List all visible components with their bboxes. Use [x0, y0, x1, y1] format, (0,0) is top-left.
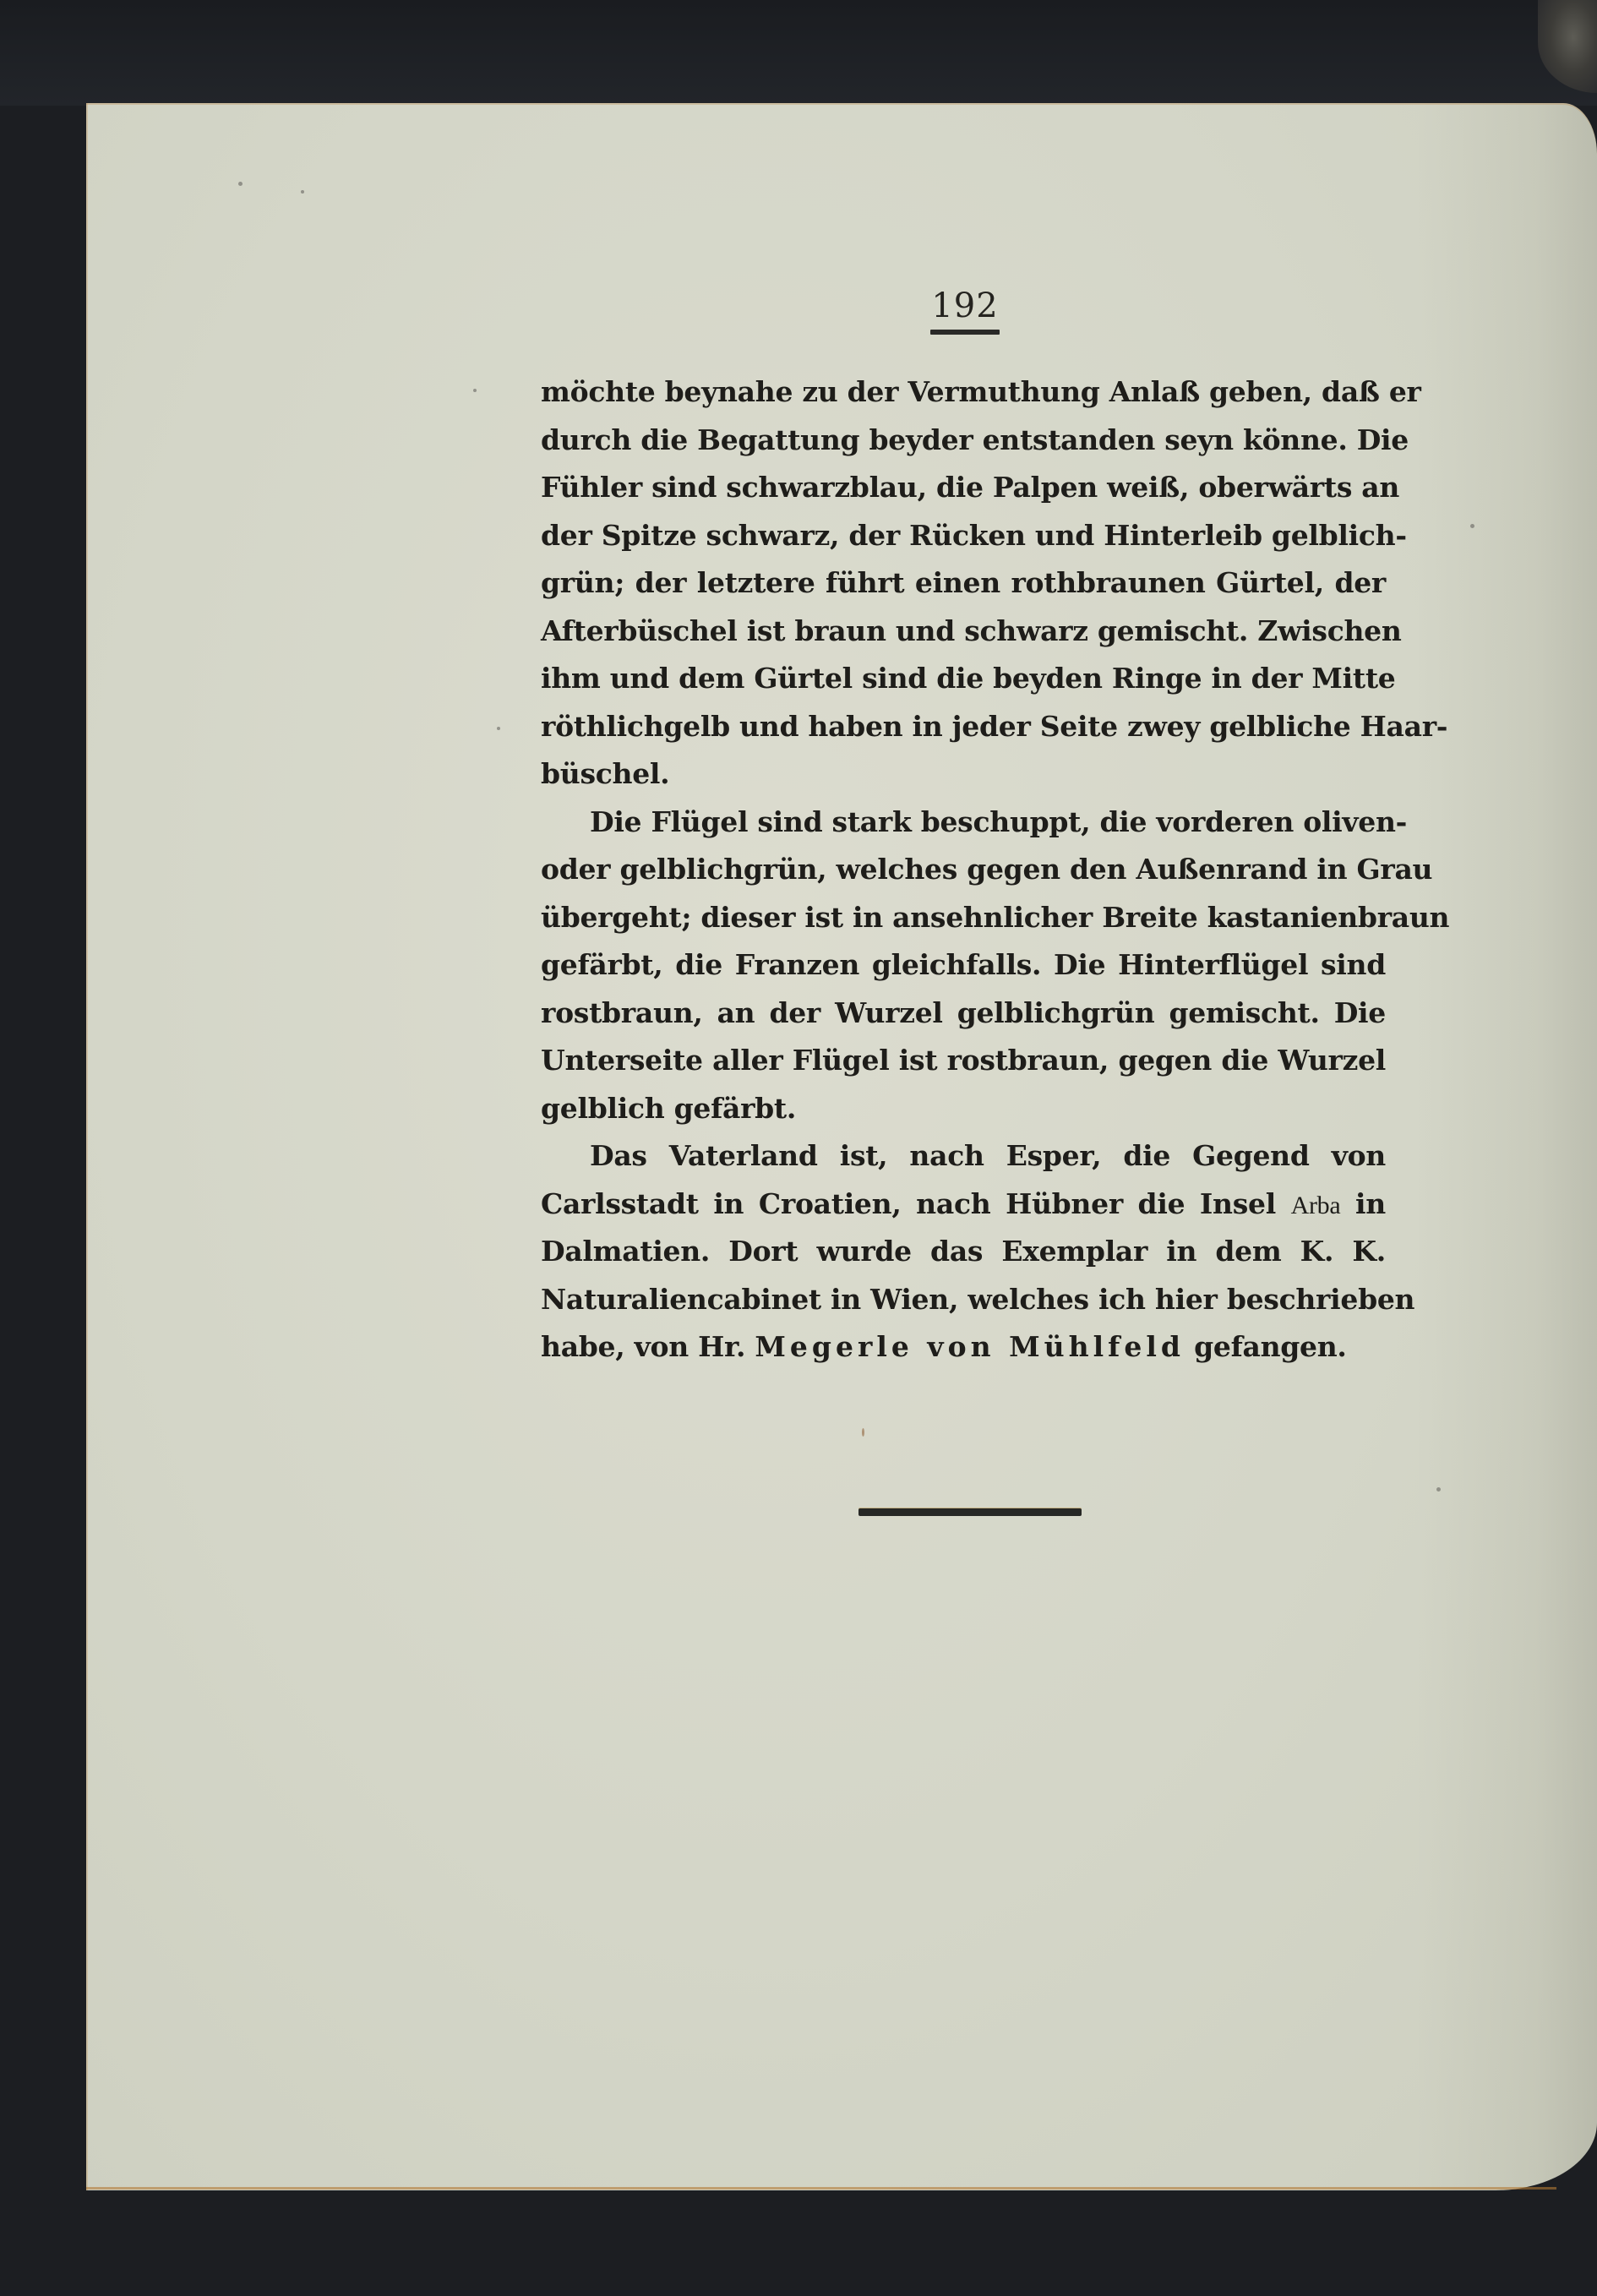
- header-rule: [930, 330, 1000, 335]
- page-header: 192: [897, 287, 1033, 335]
- paper-speck: [1470, 524, 1474, 528]
- text-line: Unterseite aller Flügel ist rostbraun, g…: [541, 1037, 1386, 1085]
- section-end-rule: [858, 1508, 1082, 1516]
- text-line: ihm und dem Gürtel sind die beyden Ringe…: [541, 655, 1386, 703]
- text-line: Carlsstadt in Croatien, nach Hübner die …: [541, 1181, 1386, 1229]
- paper-speck: [1436, 1487, 1441, 1492]
- text-line: oder gelblichgrün, welches gegen den Auß…: [541, 846, 1386, 894]
- paper-speck: [301, 190, 304, 194]
- text-run: gefangen.: [1185, 1330, 1347, 1363]
- paper-speck: [497, 727, 500, 730]
- paper-speck: [238, 182, 243, 186]
- text-line: röthlichgelb und haben in jeder Seite zw…: [541, 703, 1386, 751]
- paper-speck: [473, 389, 477, 392]
- page-number: 192: [897, 287, 1033, 324]
- scan-backdrop: [0, 0, 1597, 106]
- antiqua-place-name: Arba: [1291, 1192, 1341, 1219]
- text-line: Fühler sind schwarzblau, die Palpen weiß…: [541, 464, 1386, 512]
- text-run: in: [1340, 1187, 1386, 1220]
- page-edge: [86, 2187, 1556, 2190]
- text-line: Die Flügel sind stark beschuppt, die vor…: [541, 799, 1386, 847]
- text-line: Afterbüschel ist braun und schwarz gemis…: [541, 608, 1386, 656]
- text-line: Das Vaterland ist, nach Esper, die Gegen…: [541, 1132, 1386, 1181]
- text-line: Naturaliencabinet in Wien, welches ich h…: [541, 1276, 1386, 1324]
- text-line: Dalmatien. Dort wurde das Exemplar in de…: [541, 1228, 1386, 1276]
- text-line: gelblich gefärbt.: [541, 1085, 1386, 1133]
- text-line: rostbraun, an der Wurzel gelblichgrün ge…: [541, 990, 1386, 1038]
- text-line: büschel.: [541, 750, 1386, 799]
- paper-speck: [862, 1428, 864, 1437]
- text-line: durch die Begattung beyder entstanden se…: [541, 417, 1386, 465]
- text-run: habe, von Hr.: [541, 1330, 755, 1363]
- text-line: übergeht; dieser ist in ansehnlicher Bre…: [541, 894, 1386, 942]
- text-run: Carlsstadt in Croatien, nach Hübner die …: [541, 1187, 1291, 1220]
- spaced-person-name: Megerle von Mühlfeld: [755, 1330, 1185, 1363]
- text-line: möchte beynahe zu der Vermuthung Anlaß g…: [541, 368, 1386, 417]
- text-line: grün; der letztere führt einen rothbraun…: [541, 559, 1386, 608]
- text-line: habe, von Hr. Megerle von Mühlfeld gefan…: [541, 1323, 1386, 1372]
- text-line: der Spitze schwarz, der Rücken und Hinte…: [541, 512, 1386, 560]
- body-text: möchte beynahe zu der Vermuthung Anlaß g…: [541, 368, 1386, 1372]
- text-line: gefärbt, die Franzen gleichfalls. Die Hi…: [541, 941, 1386, 990]
